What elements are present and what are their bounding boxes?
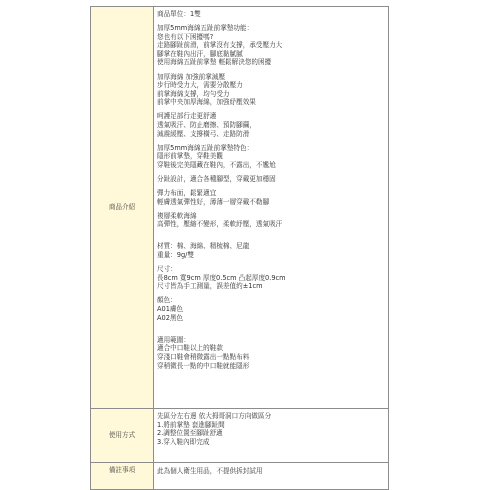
para-features: 加厚5mm海綿五趾前掌墊特色： 隱形前掌墊，穿鞋美觀 穿鞋後完美隱藏在鞋內，不露… [157, 144, 385, 170]
text-line: 步行時受力大，需要分散壓力 [157, 81, 385, 90]
product-spec-table: 商品介紹 商品單位：1雙 加厚5mm海綿五趾前掌墊功能： 您也有以下困擾嗎? 走… [90, 6, 389, 480]
text-line: 高彈性，壓縮不變形，柔軟紓壓，透氣吸汗 [157, 220, 385, 229]
text-line: 尺寸： [157, 265, 385, 274]
label-product-intro: 商品介紹 [91, 7, 154, 409]
notes-content: 此為個人衛生用品，不提供拆封試用 [154, 463, 389, 481]
text-line: 穿淺口鞋會稍微露出一點點布料 [157, 353, 385, 362]
text-line: A02黑色 [157, 314, 385, 323]
para-sponge: 複層柔軟海綿 高彈性，壓縮不變形，柔軟紓壓，透氣吸汗 [157, 212, 385, 229]
text-line: 穿稍微長一點的中口鞋就能隱形 [157, 362, 385, 371]
text-line: 材質：棉、海綿、精梳棉、尼龍 [157, 242, 385, 251]
text-line: 走路腳趾前滑，前掌沒有支撐，承受壓力大 [157, 41, 385, 50]
text-line: 3.穿入鞋內即完成 [157, 438, 385, 447]
para-unit: 商品單位：1雙 [157, 10, 385, 19]
text-line: 先區分左右邊 依大拇哥洞口方向做區分 [157, 412, 385, 421]
text-line: 呵護足部行走更舒適 [157, 112, 385, 121]
text-line: 此為個人衛生用品，不提供拆封試用 [157, 467, 385, 476]
para-material: 材質：棉、海綿、精梳棉、尼龍 重量：9g/雙 [157, 242, 385, 259]
text-line: A01膚色 [157, 305, 385, 314]
text-line: 加厚5mm海綿五趾前掌墊功能： [157, 24, 385, 33]
para-elastic: 彈力布面，鬆緊適宜 輕膚透氣彈性好，薄薄一層穿戴不勒腳 [157, 189, 385, 206]
row-usage: 使用方式 先區分左右邊 依大拇哥洞口方向做區分 1.將前掌墊 套進腳趾間 2.調… [91, 409, 389, 463]
text-line: 商品單位：1雙 [157, 10, 385, 19]
text-line: 尺寸皆為手工測量，誤差值約±1cm [157, 282, 385, 291]
para-color: 顏色： A01膚色 A02黑色 [157, 296, 385, 322]
para-pressure-relief: 加厚海綿 加強前掌減壓 步行時受力大，需要分散壓力 前掌海綿支撐，均勻受力 前掌… [157, 73, 385, 107]
text-line: 2.調整位置至腳趾舒適 [157, 429, 385, 438]
text-line: 加厚海綿 加強前掌減壓 [157, 73, 385, 82]
text-line: 適合中口鞋以上的鞋款 [157, 344, 385, 353]
row-product-intro: 商品介紹 商品單位：1雙 加厚5mm海綿五趾前掌墊功能： 您也有以下困擾嗎? 走… [91, 7, 389, 409]
text-line: 使用海綿五趾前掌墊 輕鬆解決您的困擾 [157, 58, 385, 67]
text-line: 彈力布面，鬆緊適宜 [157, 189, 385, 198]
usage-content: 先區分左右邊 依大拇哥洞口方向做區分 1.將前掌墊 套進腳趾間 2.調整位置至腳… [154, 409, 389, 463]
para-size: 尺寸： 長8cm 寬9cm 厚度0.5cm 凸起厚度0.9cm 尺寸皆為手工測量… [157, 265, 385, 291]
para-toe-design: 分趾設計，適合各種腳型，穿戴更加穩固 [157, 175, 385, 184]
text-line: 減震緩壓、支撐橫弓、走路防滑 [157, 130, 385, 139]
text-line: 前掌中央加厚海綿，加強紓壓效果 [157, 98, 385, 107]
row-notes: 備註事項 此為個人衛生用品，不提供拆封試用 [91, 463, 389, 481]
para-function: 加厚5mm海綿五趾前掌墊功能： 您也有以下困擾嗎? 走路腳趾前滑，前掌沒有支撐，… [157, 24, 385, 67]
text-line: 透氣吸汗、防止磨擦、預防腳繭， [157, 121, 385, 130]
label-usage: 使用方式 [91, 409, 154, 463]
label-notes: 備註事項 [91, 463, 154, 481]
text-line: 您也有以下困擾嗎? [157, 33, 385, 42]
product-intro-content: 商品單位：1雙 加厚5mm海綿五趾前掌墊功能： 您也有以下困擾嗎? 走路腳趾前滑… [154, 7, 389, 409]
text-line: 1.將前掌墊 套進腳趾間 [157, 421, 385, 430]
text-line: 重量：9g/雙 [157, 251, 385, 260]
para-comfort: 呵護足部行走更舒適 透氣吸汗、防止磨擦、預防腳繭， 減震緩壓、支撐橫弓、走路防滑 [157, 112, 385, 138]
text-line: 穿鞋後完美隱藏在鞋內，不露出，不尷尬 [157, 161, 385, 170]
text-line: 顏色： [157, 296, 385, 305]
text-line: 輕膚透氣彈性好，薄薄一層穿戴不勒腳 [157, 198, 385, 207]
text-line: 分趾設計，適合各種腳型，穿戴更加穩固 [157, 175, 385, 184]
text-line: 隱形前掌墊，穿鞋美觀 [157, 152, 385, 161]
spacer [157, 328, 385, 336]
para-scope: 適用範圍： 適合中口鞋以上的鞋款 穿淺口鞋會稍微露出一點點布料 穿稍微長一點的中… [157, 336, 385, 370]
